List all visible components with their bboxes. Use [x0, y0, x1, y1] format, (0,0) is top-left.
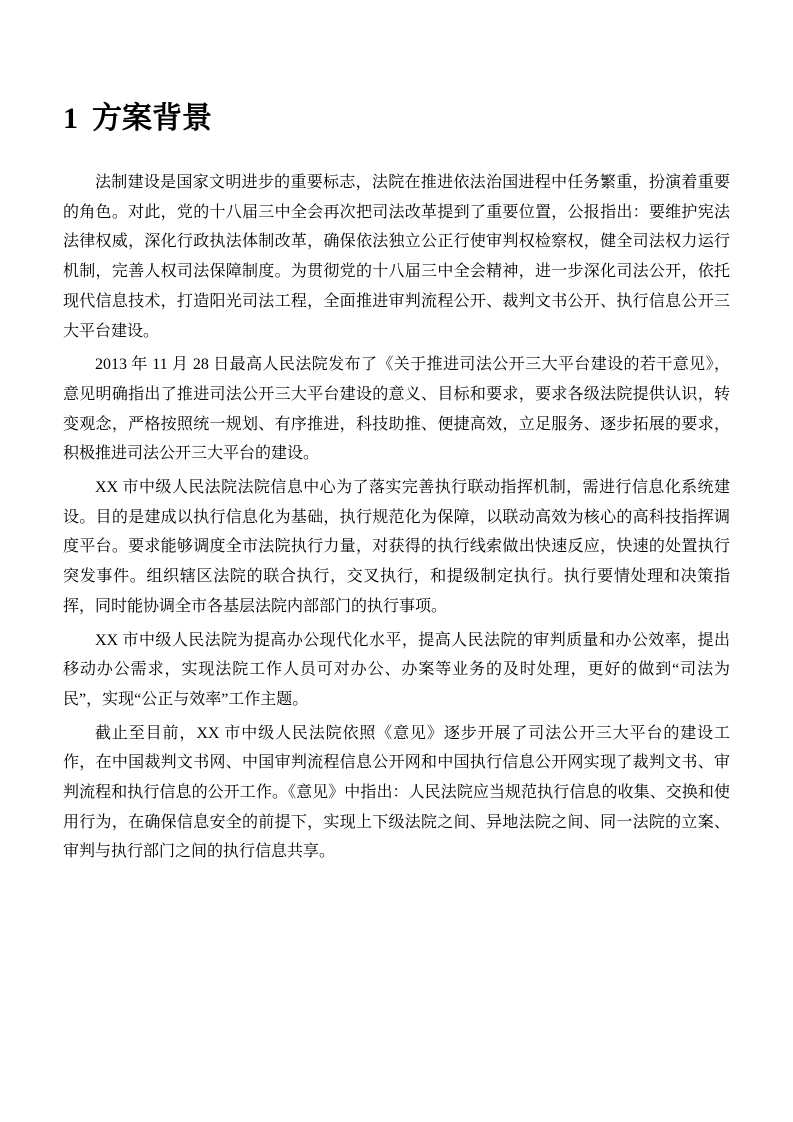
paragraph-current-progress: 截止至目前，XX 市中级人民法院依照《意见》逐步开展了司法公开三大平台的建设工作… [63, 719, 730, 868]
section-heading-title: 方案背景 [92, 102, 212, 135]
paragraph-mobile-office-needs: XX 市中级人民法院为提高办公现代化水平，提高人民法院的审判质量和办公效率，提出… [63, 626, 730, 715]
paragraph-supreme-court-opinion: 2013 年 11 月 28 日最高人民法院发布了《关于推进司法公开三大平台建设… [63, 350, 730, 469]
paragraph-legal-construction: 法制建设是国家文明进步的重要标志，法院在推进依法治国进程中任务繁重，扮演着重要的… [63, 168, 730, 346]
document-content: 1方案背景 法制建设是国家文明进步的重要标志，法院在推进依法治国进程中任务繁重，… [0, 0, 793, 867]
document-page: 1方案背景 法制建设是国家文明进步的重要标志，法院在推进依法治国进程中任务繁重，… [0, 0, 793, 1122]
section-heading: 1方案背景 [63, 97, 730, 141]
section-heading-number: 1 [63, 97, 78, 141]
paragraph-information-center-needs: XX 市中级人民法院法院信息中心为了落实完善执行联动指挥机制，需进行信息化系统建… [63, 473, 730, 622]
